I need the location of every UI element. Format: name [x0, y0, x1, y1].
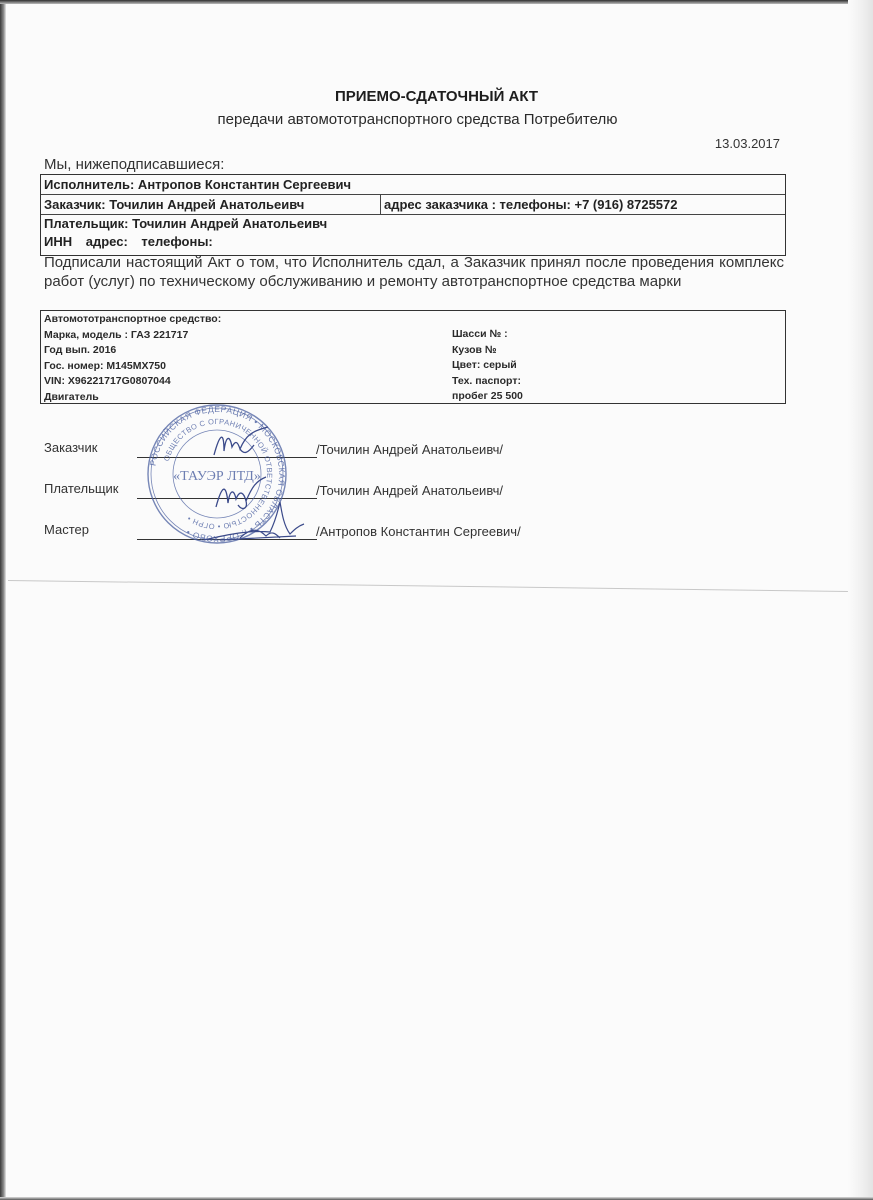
payer-details-line: ИНН адрес: телефоны: — [44, 233, 785, 251]
vehicle-heading: Автомототранспортное средство: — [44, 312, 221, 328]
vehicle-plate: Гос. номер: М145МХ750 — [44, 359, 221, 375]
signature-customer-icon — [210, 425, 280, 465]
payer-phones-label: телефоны: — [141, 234, 212, 249]
document-subtitle: передачи автомототранспортного средства … — [0, 111, 835, 128]
scan-edge-top — [0, 0, 873, 4]
intro-text: Мы, нижеподписавшиеся: — [44, 156, 224, 173]
payer-address-label: адрес: — [86, 234, 128, 249]
payer-inn-label: ИНН — [44, 234, 72, 249]
signature-name: /Точилин Андрей Анатольеивч/ — [316, 442, 503, 457]
vehicle-vin: VIN: X96221717G0807044 — [44, 374, 221, 390]
vehicle-table: Автомототранспортное средство: Марка, мо… — [40, 310, 786, 404]
customer-cell: Заказчик: Точилин Андрей Анатольеивч — [41, 195, 381, 214]
document-date: 13.03.2017 — [715, 136, 780, 151]
vehicle-registration: Тех. паспорт: — [452, 374, 523, 390]
signature-role: Заказчик — [44, 440, 97, 455]
statement-text: Подписали настоящий Акт о том, что Испол… — [44, 253, 784, 291]
vehicle-right-column: Шасси № : Кузов № Цвет: серый Тех. паспо… — [452, 327, 523, 405]
vehicle-mileage: пробег 25 500 — [452, 389, 523, 405]
signature-role: Плательщик — [44, 481, 118, 496]
scan-edge-left — [0, 0, 6, 1200]
signature-master-icon — [200, 500, 310, 545]
executor-row: Исполнитель: Антропов Константин Сергеев… — [41, 175, 785, 195]
parties-table: Исполнитель: Антропов Константин Сергеев… — [40, 174, 786, 256]
signature-name: /Точилин Андрей Анатольеивч/ — [316, 483, 503, 498]
vehicle-year: Год вып. 2016 — [44, 343, 221, 359]
vehicle-chassis: Шасси № : — [452, 327, 523, 343]
vehicle-make-model: Марка, модель : ГАЗ 221717 — [44, 328, 221, 344]
signature-role: Мастер — [44, 522, 89, 537]
vehicle-color: Цвет: серый — [452, 358, 523, 374]
payer-block: Плательщик: Точилин Андрей Анатольеивч И… — [41, 215, 785, 255]
customer-contacts-cell: адрес заказчика : телефоны: +7 (916) 872… — [381, 195, 678, 214]
vehicle-left-column: Автомототранспортное средство: Марка, мо… — [44, 312, 221, 405]
signature-name: /Антропов Константин Сергеевич/ — [316, 524, 521, 539]
scan-edge-right — [848, 0, 873, 1200]
paper-fold-line — [8, 580, 848, 592]
vehicle-body: Кузов № — [452, 343, 523, 359]
executor-cell: Исполнитель: Антропов Константин Сергеев… — [41, 175, 351, 194]
document-title: ПРИЕМО-СДАТОЧНЫЙ АКТ — [0, 88, 873, 105]
payer-line: Плательщик: Точилин Андрей Анатольеивч — [44, 215, 785, 233]
customer-row: Заказчик: Точилин Андрей Анатольеивч адр… — [41, 195, 785, 215]
